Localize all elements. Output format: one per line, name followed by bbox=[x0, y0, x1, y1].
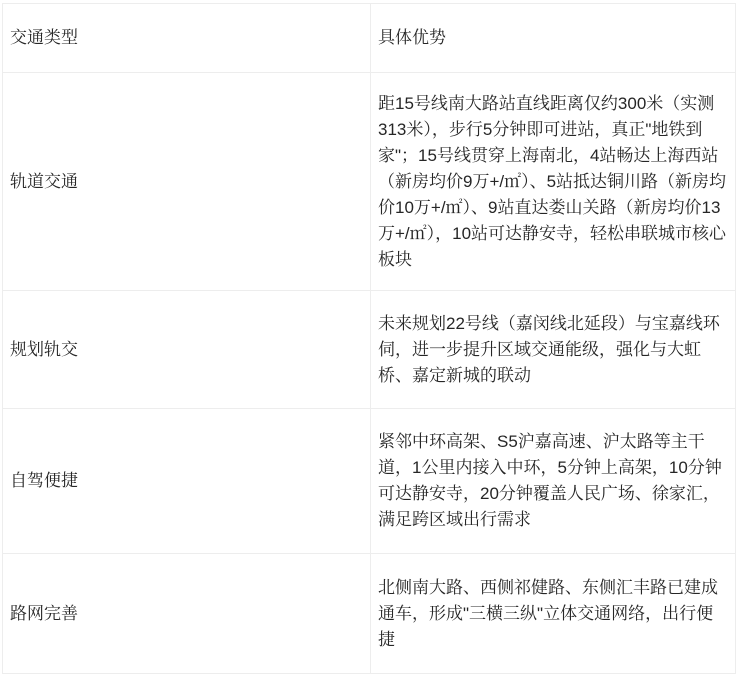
transport-advantages-table: 交通类型 具体优势 轨道交通 距15号线南大路站直线距离仅约300米（实测313… bbox=[2, 3, 736, 674]
advantage-cell: 未来规划22号线（嘉闵线北延段）与宝嘉线环伺，进一步提升区域交通能级，强化与大虹… bbox=[371, 291, 736, 409]
table-row-road-network: 路网完善 北侧南大路、西侧祁健路、东侧汇丰路已建成通车，形成"三横三纵"立体交通… bbox=[3, 554, 736, 674]
advantage-cell: 北侧南大路、西侧祁健路、东侧汇丰路已建成通车，形成"三横三纵"立体交通网络，出行… bbox=[371, 554, 736, 674]
header-transport-type: 交通类型 bbox=[3, 4, 371, 73]
table-row-self-drive: 自驾便捷 紧邻中环高架、S5沪嘉高速、沪太路等主干道，1公里内接入中环，5分钟上… bbox=[3, 409, 736, 554]
advantage-cell: 紧邻中环高架、S5沪嘉高速、沪太路等主干道，1公里内接入中环，5分钟上高架，10… bbox=[371, 409, 736, 554]
transport-type-cell: 规划轨交 bbox=[3, 291, 371, 409]
table-row-rail-transit: 轨道交通 距15号线南大路站直线距离仅约300米（实测313米），步行5分钟即可… bbox=[3, 73, 736, 291]
table-row-planned-rail: 规划轨交 未来规划22号线（嘉闵线北延段）与宝嘉线环伺，进一步提升区域交通能级，… bbox=[3, 291, 736, 409]
transport-type-cell: 路网完善 bbox=[3, 554, 371, 674]
advantage-cell: 距15号线南大路站直线距离仅约300米（实测313米），步行5分钟即可进站，真正… bbox=[371, 73, 736, 291]
table: 交通类型 具体优势 轨道交通 距15号线南大路站直线距离仅约300米（实测313… bbox=[2, 3, 736, 674]
table-header-row: 交通类型 具体优势 bbox=[3, 4, 736, 73]
transport-type-cell: 自驾便捷 bbox=[3, 409, 371, 554]
header-advantage: 具体优势 bbox=[371, 4, 736, 73]
transport-type-cell: 轨道交通 bbox=[3, 73, 371, 291]
